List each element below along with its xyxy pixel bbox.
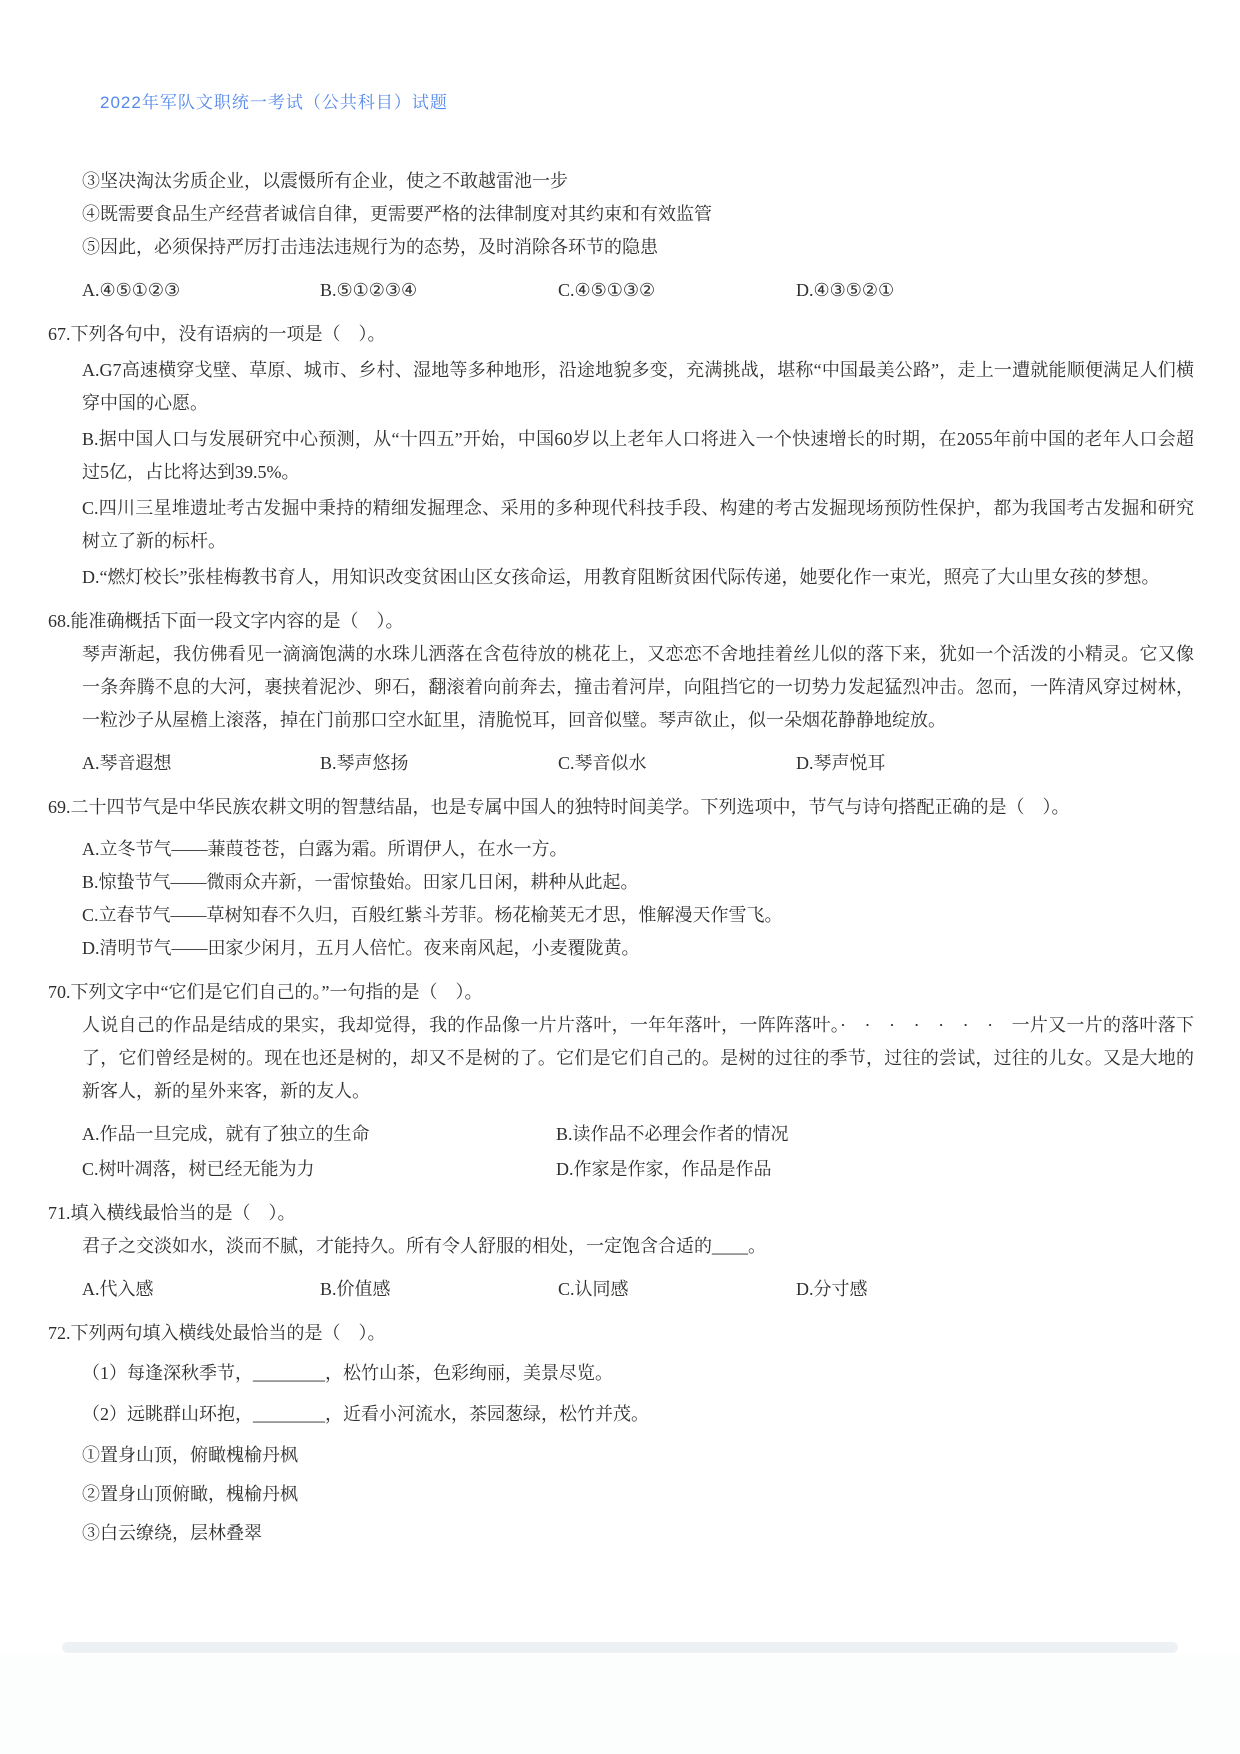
q69-stem: 二十四节气是中华民族农耕文明的智慧结晶，也是专属中国人的独特时间美学。下列选项中… xyxy=(71,797,1070,817)
q68-number: 68. xyxy=(48,611,71,631)
q69-number: 69. xyxy=(48,797,71,817)
q70-options-row-1: A.作品一旦完成，就有了独立的生命 B.读作品不必理会作者的情况 xyxy=(82,1118,1194,1151)
q68-option-c: C.琴音似水 xyxy=(558,747,796,780)
document-content: 2022年军队文职统一考试（公共科目）试题 ③坚决淘汰劣质企业，以震慑所有企业，… xyxy=(0,0,1240,1551)
q70-option-b: B.读作品不必理会作者的情况 xyxy=(556,1118,1194,1151)
question-69: 69.二十四节气是中华民族农耕文明的智慧结晶，也是专属中国人的独特时间美学。下列… xyxy=(48,791,1194,965)
q70-options-row-2: C.树叶凋落，树已经无能为力 D.作家是作家，作品是作品 xyxy=(82,1153,1194,1186)
q69-stem-row: 69.二十四节气是中华民族农耕文明的智慧结晶，也是专属中国人的独特时间美学。下列… xyxy=(48,791,1194,824)
q71-options-row: A.代入感 B.价值感 C.认同感 D.分寸感 xyxy=(82,1273,1194,1306)
page-bottom-strip xyxy=(62,1642,1178,1653)
q66-option-c: C.④⑤①③② xyxy=(558,274,796,307)
q72-number: 72. xyxy=(48,1323,71,1343)
q72-sub-item-2: （2）远眺群山环抱，________，近看小河流水，茶园葱绿，松竹并茂。 xyxy=(82,1397,1194,1432)
q71-passage: 君子之交淡如水，淡而不腻，才能持久。所有令人舒服的相处，一定饱含合适的____。 xyxy=(82,1230,1194,1263)
q71-stem-row: 71.填入横线最恰当的是（ ）。 xyxy=(48,1197,1194,1230)
q70-number: 70. xyxy=(48,982,71,1002)
q66-option-b: B.⑤①②③④ xyxy=(320,274,558,307)
sequence-item-3: ③坚决淘汰劣质企业，以震慑所有企业，使之不敢越雷池一步 xyxy=(82,165,1194,198)
q71-number: 71. xyxy=(48,1203,71,1223)
q72-sequence-item-3: ③白云缭绕，层林叠翠 xyxy=(82,1516,1194,1551)
q71-stem: 填入横线最恰当的是（ ）。 xyxy=(71,1203,296,1223)
q72-sequence-item-2: ②置身山顶俯瞰，槐榆丹枫 xyxy=(82,1477,1194,1512)
q70-option-c: C.树叶凋落，树已经无能为力 xyxy=(82,1153,556,1186)
q68-options-row: A.琴音遐想 B.琴声悠扬 C.琴音似水 D.琴声悦耳 xyxy=(82,747,1194,780)
question-72: 72.下列两句填入横线处最恰当的是（ ）。 （1）每逢深秋季节，________… xyxy=(48,1317,1194,1551)
q67-stem-row: 67.下列各句中，没有语病的一项是（ ）。 xyxy=(48,318,1194,351)
q66-option-d: D.④③⑤②① xyxy=(796,274,1194,307)
q69-option-d: D.清明节气——田家少闲月，五月人倍忙。夜来南风起，小麦覆陇黄。 xyxy=(82,932,1194,965)
q68-stem: 能准确概括下面一段文字内容的是（ ）。 xyxy=(71,611,404,631)
q70-stem-row: 70.下列文字中“它们是它们自己的。”一句指的是（ ）。 xyxy=(48,976,1194,1009)
q67-option-c: C.四川三星堆遗址考古发掘中秉持的精细发掘理念、采用的多种现代科技手段、构建的考… xyxy=(82,492,1194,558)
q68-stem-row: 68.能准确概括下面一段文字内容的是（ ）。 xyxy=(48,605,1194,638)
q72-stem: 下列两句填入横线处最恰当的是（ ）。 xyxy=(71,1323,386,1343)
q70-option-a: A.作品一旦完成，就有了独立的生命 xyxy=(82,1118,556,1151)
question-67: 67.下列各句中，没有语病的一项是（ ）。 A.G7高速横穿戈壁、草原、城市、乡… xyxy=(48,318,1194,594)
q68-passage: 琴声渐起，我仿佛看见一滴滴饱满的水珠儿洒落在含苞待放的桃花上，又恋恋不舍地挂着丝… xyxy=(82,638,1194,737)
q71-option-a: A.代入感 xyxy=(82,1273,320,1306)
q69-option-b: B.惊蛰节气——微雨众卉新，一雷惊蛰始。田家几日闲，耕种从此起。 xyxy=(82,866,1194,899)
q67-stem: 下列各句中，没有语病的一项是（ ）。 xyxy=(71,324,386,344)
q72-sub-item-1: （1）每逢深秋季节，________，松竹山茶，色彩绚丽，美景尽览。 xyxy=(82,1356,1194,1391)
exam-document-page: 2022年军队文职统一考试（公共科目）试题 ③坚决淘汰劣质企业，以震慑所有企业，… xyxy=(0,0,1240,1754)
q66-option-a: A.④⑤①②③ xyxy=(82,274,320,307)
q68-option-b: B.琴声悠扬 xyxy=(320,747,558,780)
q67-option-a: A.G7高速横穿戈壁、草原、城市、乡村、湿地等多种地形，沿途地貌多变，充满挑战，… xyxy=(82,354,1194,420)
q68-option-a: A.琴音遐想 xyxy=(82,747,320,780)
q70-option-d: D.作家是作家，作品是作品 xyxy=(556,1153,1194,1186)
q69-option-a: A.立冬节气——蒹葭苍苍，白露为霜。所谓伊人，在水一方。 xyxy=(82,833,1194,866)
sequence-item-4: ④既需要食品生产经营者诚信自律，更需要严格的法律制度对其约束和有效监管 xyxy=(82,198,1194,231)
question-70: 70.下列文字中“它们是它们自己的。”一句指的是（ ）。 人说自己的作品是结成的… xyxy=(48,976,1194,1186)
doc-title: 2022年军队文职统一考试（公共科目）试题 xyxy=(100,88,1194,113)
q72-stem-row: 72.下列两句填入横线处最恰当的是（ ）。 xyxy=(48,1317,1194,1350)
q70-passage: 人说自己的作品是结成的果实，我却觉得，我的作品像一片片落叶，一年年落叶，一阵阵落… xyxy=(82,1009,1194,1108)
q69-option-c: C.立春节气——草树知春不久归，百般红紫斗芳菲。杨花榆荚无才思，惟解漫天作雪飞。 xyxy=(82,899,1194,932)
q67-option-d: D.“燃灯校长”张桂梅教书育人，用知识改变贫困山区女孩命运，用教育阻断贫困代际传… xyxy=(82,561,1194,594)
question-68: 68.能准确概括下面一段文字内容的是（ ）。 琴声渐起，我仿佛看见一滴滴饱满的水… xyxy=(48,605,1194,780)
q71-option-b: B.价值感 xyxy=(320,1273,558,1306)
question-66-tail: ③坚决淘汰劣质企业，以震慑所有企业，使之不敢越雷池一步 ④既需要食品生产经营者诚… xyxy=(48,165,1194,307)
q71-option-c: C.认同感 xyxy=(558,1273,796,1306)
sequence-item-5: ⑤因此，必须保持严厉打击违法违规行为的态势，及时消除各环节的隐患 xyxy=(82,231,1194,264)
q72-sequence-item-1: ①置身山顶，俯瞰槐榆丹枫 xyxy=(82,1438,1194,1473)
q68-option-d: D.琴声悦耳 xyxy=(796,747,1194,780)
q67-option-b: B.据中国人口与发展研究中心预测，从“十四五”开始，中国60岁以上老年人口将进入… xyxy=(82,423,1194,489)
q66-options-row: A.④⑤①②③ B.⑤①②③④ C.④⑤①③② D.④③⑤②① xyxy=(82,274,1194,307)
page-bottom-area xyxy=(0,1655,1240,1754)
q71-option-d: D.分寸感 xyxy=(796,1273,1194,1306)
q67-number: 67. xyxy=(48,324,71,344)
question-71: 71.填入横线最恰当的是（ ）。 君子之交淡如水，淡而不腻，才能持久。所有令人舒… xyxy=(48,1197,1194,1306)
q70-stem: 下列文字中“它们是它们自己的。”一句指的是（ ）。 xyxy=(71,982,483,1002)
